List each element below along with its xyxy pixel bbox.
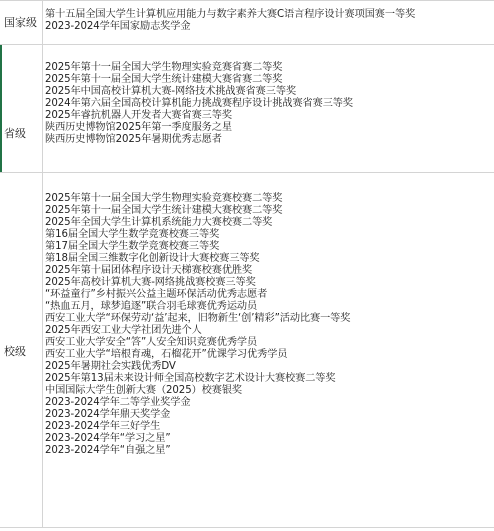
spreadsheet-grid: 国家级 第十五届全国大学生计算机应用能力与数字素养大赛C语言程序设计赛项国赛一等… [0, 0, 494, 531]
award-item: 西安工业大学“培根育魂，石榴花开”优课学习优秀学员 [45, 349, 494, 361]
award-item: 2024年第六届全国高校计算机能力挑战赛程序设计挑战赛省赛三等奖 [45, 98, 494, 110]
awards-cell-national[interactable]: 第十五届全国大学生计算机应用能力与数字素养大赛C语言程序设计赛项国赛一等奖 20… [44, 0, 494, 44]
table-row-national[interactable]: 国家级 第十五届全国大学生计算机应用能力与数字素养大赛C语言程序设计赛项国赛一等… [0, 0, 494, 45]
award-item: 2025年西安工业大学社团先进个人 [45, 325, 494, 337]
award-item: 2025年睿抗机器人开发者大赛省赛三等奖 [45, 110, 494, 122]
award-item: 2025年第十届团体程序设计天梯赛校赛优胜奖 [45, 265, 494, 277]
award-item: 2025年高校计算机大赛-网络挑战赛校赛三等奖 [45, 277, 494, 289]
award-item: 西安工业大学安全“答”人安全知识竞赛优秀学员 [45, 337, 494, 349]
level-cell-provincial[interactable]: 省级 [0, 45, 43, 172]
award-item: 2023-2024学年二等学业奖学金 [45, 397, 494, 409]
level-cell-national[interactable]: 国家级 [0, 0, 43, 44]
award-item: 2025年全国大学生计算机系统能力大赛校赛二等奖 [45, 217, 494, 229]
award-item: 第18届全国三维数字化创新设计大赛校赛三等奖 [45, 253, 494, 265]
award-item: 2025年第十一届全国大学生物理实验竞赛省赛二等奖 [45, 62, 494, 74]
award-item: 2023-2024学年国家励志奖学金 [45, 21, 494, 33]
table-row-provincial[interactable]: 省级 2025年第十一届全国大学生物理实验竞赛省赛二等奖 2025年第十一届全国… [0, 45, 494, 173]
award-item: 2023-2024学年鼎天奖学金 [45, 409, 494, 421]
level-label: 省级 [4, 125, 26, 141]
award-item: 第16届全国大学生数学竞赛校赛三等奖 [45, 229, 494, 241]
awards-cell-provincial[interactable]: 2025年第十一届全国大学生物理实验竞赛省赛二等奖 2025年第十一届全国大学生… [44, 45, 494, 172]
level-cell-school[interactable]: 校级 [0, 173, 43, 527]
award-item: 2025年第十一届全国大学生统计建模大赛省赛二等奖 [45, 74, 494, 86]
award-item: 陕西历史博物馆2025年第一季度服务之星 [45, 122, 494, 134]
awards-cell-school[interactable]: 2025年第十一届全国大学生物理实验竞赛校赛二等奖 2025年第十一届全国大学生… [44, 173, 494, 527]
award-item: “环益童行”乡村振兴公益主题环保活动优秀志愿者 [45, 289, 494, 301]
award-item: 西安工业大学“环保劳动‘益’起来，旧物新生‘创’精彩”活动比赛一等奖 [45, 313, 494, 325]
award-item: 第17届全国大学生数学竞赛校赛三等奖 [45, 241, 494, 253]
award-item: 2025年暑期社会实践优秀DV [45, 361, 494, 373]
award-item: 陕西历史博物馆2025年暑期优秀志愿者 [45, 134, 494, 146]
level-label: 国家级 [4, 14, 37, 30]
award-item: 第十五届全国大学生计算机应用能力与数字素养大赛C语言程序设计赛项国赛一等奖 [45, 9, 494, 21]
table-row-school[interactable]: 校级 2025年第十一届全国大学生物理实验竞赛校赛二等奖 2025年第十一届全国… [0, 173, 494, 528]
award-item: 2025年第十一届全国大学生统计建模大赛校赛二等奖 [45, 205, 494, 217]
award-item: 2025年第十一届全国大学生物理实验竞赛校赛二等奖 [45, 193, 494, 205]
award-item: “热血五月，球梦追逐”联合羽毛球赛优秀运动员 [45, 301, 494, 313]
award-item: 中国国际大学生创新大赛（2025）校赛银奖 [45, 385, 494, 397]
level-label: 校级 [4, 343, 26, 359]
award-item: 2025年第13届未来设计师全国高校数字艺术设计大赛校赛二等奖 [45, 373, 494, 385]
award-item: 2023-2024学年“学习之星” [45, 433, 494, 445]
award-item: 2023-2024学年三好学生 [45, 421, 494, 433]
award-item: 2025年中国高校计算机大赛-网络技术挑战赛省赛三等奖 [45, 86, 494, 98]
award-item: 2023-2024学年“自强之星” [45, 445, 494, 457]
